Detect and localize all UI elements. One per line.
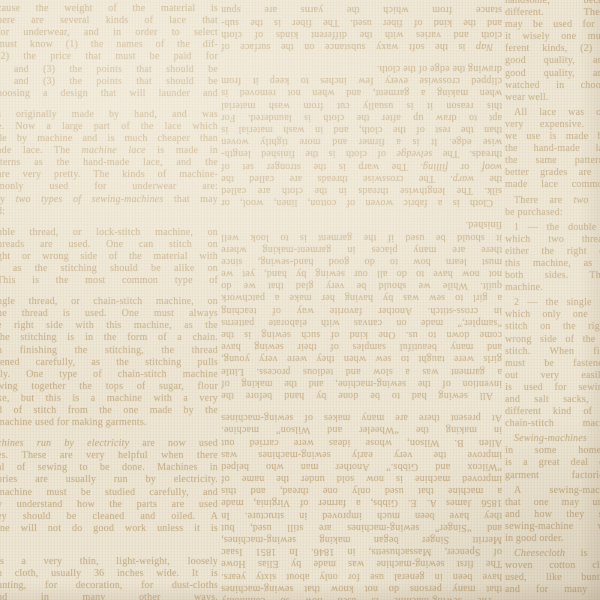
- text-line: machine.: [505, 282, 600, 294]
- paragraph-gap: [221, 401, 502, 411]
- text-line: in some homes.: [505, 445, 600, 457]
- text-line: invention of the sewing-machine, and the…: [221, 377, 502, 389]
- paragraph-gap: [0, 218, 218, 227]
- text-line: Cheesecloth is a: [505, 548, 600, 560]
- text-line: wear well.: [505, 92, 600, 104]
- text-line: “Wilcox and Gibbs.” Another man who help…: [221, 460, 502, 472]
- text-line: used, like buntin: [505, 572, 600, 584]
- text-line: Allen B. Wilson, whose ideas were carrie…: [221, 435, 502, 447]
- text-line: A sewing-machi: [505, 485, 600, 497]
- text-line: in making the “Wheeler and Wilson” machi…: [221, 423, 502, 435]
- text-line: finished.: [221, 218, 502, 230]
- text-line: Nap is the soft waxy substance on the su…: [221, 40, 502, 52]
- text-line: the same patterns: [505, 155, 600, 167]
- text-line: stitch. When fini: [505, 346, 600, 358]
- text-line: All lace was ori: [505, 107, 600, 119]
- text-line: ne thread is used. One must always: [0, 308, 218, 320]
- text-line: have been in general use for only about …: [221, 569, 502, 581]
- text-line: be purchased:: [505, 207, 600, 219]
- text-line: al of sewing to be done. Machines in: [0, 462, 218, 474]
- text-line: wise edge. It is a firmer and more tight…: [221, 135, 502, 147]
- text-line: ily. One type of chain-stitch machine: [0, 369, 218, 381]
- fabric-swatch: se of the material and the finecause the…: [0, 0, 600, 600]
- text-line: the stitching is in the form of a chain.: [0, 332, 218, 344]
- text-line: the warp. The crosswise threads are call…: [221, 172, 502, 184]
- text-line: , and (3) the points that should be: [0, 64, 218, 76]
- text-line: stance from which the yarns are spun: [221, 3, 502, 15]
- text-line: (2) the price that must be paid for: [0, 51, 218, 63]
- text-line: watched in choosi: [505, 80, 600, 92]
- text-line: ke, but this is a machine with a very: [0, 393, 218, 405]
- text-line: monly used for underwear are:: [0, 181, 218, 193]
- text-line: this reason it is usually cut from wash …: [221, 99, 502, 111]
- text-line: quilt. While we should be very glad that…: [221, 279, 502, 291]
- text-line: e right side with this machine, as the: [0, 320, 218, 332]
- text-line: is a very thin, light-weight, loosely: [0, 556, 218, 568]
- text-line: tterns as the hand-made lace, and the: [0, 157, 218, 169]
- text-line: handsome, becau: [505, 0, 600, 7]
- text-line: improve the very early sewing-machines w…: [221, 448, 502, 460]
- text-line: e. Now a large part of the lace which: [0, 121, 218, 133]
- text-line: improved machine is now sold under the n…: [221, 472, 502, 484]
- text-line: tened carefully, as the stitching pulls: [0, 357, 218, 369]
- text-line: they have been much improved in structur…: [221, 509, 502, 521]
- text-line: in cross-stitch. Another favorite way of…: [221, 304, 502, 316]
- text-line: must learn how to do good hand-sewing, s…: [221, 255, 502, 267]
- text-line: , and (3) the points that should be: [0, 76, 218, 88]
- text-line: are very pretty. The kinds of machine-: [0, 169, 218, 181]
- text-line: is a great deal of: [505, 457, 600, 469]
- text-line: and for many c: [505, 584, 600, 596]
- text-line: drawing the edge of the cloth.: [221, 62, 502, 74]
- paragraph-gap: [221, 52, 502, 62]
- text-line: a garment was a slow and tedious process…: [221, 364, 502, 376]
- text-line: ories are usually run by electricity.: [0, 474, 218, 486]
- text-line: and many beautiful samples of their sewi…: [221, 340, 502, 352]
- text-line: The sewing-machine is used now so common…: [221, 594, 502, 600]
- text-line: cloth and varies with the different kind…: [221, 28, 502, 40]
- text-line: that one may und: [505, 497, 600, 509]
- text-line: stitch on the right: [505, 321, 600, 333]
- text-line: machine must be studied carefully, and: [0, 487, 218, 499]
- text-line: a girl to sew was by having her make a p…: [221, 291, 502, 303]
- text-line: d of stitch from the one made by the: [0, 405, 218, 417]
- text-line: y understand how the parts are used: [0, 499, 218, 511]
- text-line: out very easily.: [505, 370, 600, 382]
- text-line: woof or filling. The warp is the stronge…: [221, 159, 502, 171]
- text-line: different. There: [505, 7, 600, 19]
- text-line: ly two types of sewing-machines that may: [0, 194, 218, 206]
- paragraph-gap: [221, 208, 502, 218]
- text-line: 1 — the double t: [505, 222, 600, 234]
- text-line: of Spencer, Massachusetts, in 1846. In 1…: [221, 545, 502, 557]
- text-line: garment factories: [505, 470, 600, 482]
- text-line: wing together the tops of sugar, flour: [0, 381, 218, 393]
- text-line: in good order.: [505, 533, 600, 545]
- text-line: clipped crosswise every few inches to ke…: [221, 74, 502, 86]
- text-line: This is the most common type of: [0, 275, 218, 287]
- text-line: we use is made by: [505, 131, 600, 143]
- text-line: both sides. This: [505, 270, 600, 282]
- text-line: n finishing the stitching, the thread: [0, 345, 218, 357]
- text-line: it should be used if the garment is to l…: [221, 230, 502, 242]
- text-line: good quality, and: [505, 55, 600, 67]
- text-line: nd in many other ways.: [0, 592, 218, 600]
- text-line: Merritt Singer began making sewing-machi…: [221, 533, 502, 545]
- text-line: there are many places in garment-making …: [221, 243, 502, 255]
- text-line: sewing-machine wi: [505, 521, 600, 533]
- text-line: which two thread: [505, 234, 600, 246]
- text-line: hreads are used. One can stitch on: [0, 239, 218, 251]
- text-column-middle-rotated: The sewing-machine is used now so common…: [221, 0, 502, 600]
- text-line: for underwear, and in order to select: [0, 27, 218, 39]
- text-line: must know (1) the names of the dif-: [0, 39, 218, 51]
- text-line: woven cotton clot: [505, 560, 600, 572]
- text-line: s originally made by hand, and was: [0, 109, 218, 121]
- text-line: girls were taught to sew when they were …: [221, 352, 502, 364]
- text-line: At present there are many makes of sewin…: [221, 411, 502, 423]
- text-line: and salt sacks, b: [505, 394, 600, 406]
- text-line: and the kind of fiber used. The fiber is…: [221, 15, 502, 27]
- text-line: a machine that used only one thread, and…: [221, 484, 502, 496]
- text-line: , as the stitching should be alike on: [0, 263, 218, 275]
- text-line: cause the weight of the material is: [0, 3, 218, 15]
- text-line: may be used for t: [505, 19, 600, 31]
- text-line: n cloth, usually 36 inches wide. It is: [0, 568, 218, 580]
- text-line: machine used for making garments.: [0, 417, 218, 429]
- text-line: better grades are v: [505, 167, 600, 179]
- text-line: apt to draw up after the cloth is launde…: [221, 111, 502, 123]
- text-line: silk. The lengthwise threads in the clot…: [221, 184, 502, 196]
- text-line: de by machine and is much cheaper than: [0, 133, 218, 145]
- paragraph-gap: [0, 100, 218, 109]
- text-line: The first sewing-machine was made by Eli…: [221, 557, 502, 569]
- text-line: not now have to do all our sewing by han…: [221, 267, 502, 279]
- paragraph-gap: [0, 547, 218, 556]
- text-line: different kind of s: [505, 406, 600, 418]
- paragraph-gap: [0, 287, 218, 296]
- text-line: is used for sewing: [505, 382, 600, 394]
- text-line: All sewing had to be done by hand before…: [221, 389, 502, 401]
- text-line: must be fastened: [505, 358, 600, 370]
- text-line: good quality, and: [505, 68, 600, 80]
- text-line: There are two ki: [505, 195, 600, 207]
- text-line: Sewing-machines: [505, 433, 600, 445]
- text-line: Cloth is a fabric woven of cotton, linen…: [221, 196, 502, 208]
- text-line: chain-stitch machi: [505, 418, 600, 430]
- text-line: when making a garment, and when not remo…: [221, 86, 502, 98]
- text-line: “sampler,” made on canvas with elaborate…: [221, 316, 502, 328]
- text-line: .: [0, 535, 218, 547]
- text-line: this machine, as t: [505, 258, 600, 270]
- paragraph-gap: [0, 429, 218, 438]
- text-line: either the right or: [505, 246, 600, 258]
- text-line: it wisely one must: [505, 31, 600, 43]
- text-line: than the rest of the cloth, and in wash …: [221, 123, 502, 135]
- text-line: ngle thread, or chain-stitch machine, on: [0, 296, 218, 308]
- text-line: d:: [0, 206, 218, 218]
- text-line: uble thread, or lock-stitch machine, on: [0, 227, 218, 239]
- text-line: ey should be cleaned and oiled. A: [0, 511, 218, 523]
- text-line: ght or wrong side of the material with: [0, 251, 218, 263]
- text-line: unting, for decoration, for dust-cloths: [0, 580, 218, 592]
- text-line: and “Singer” sewing-machines are still u…: [221, 521, 502, 533]
- text-line: threads. The selvedge of cloth is the fi…: [221, 147, 502, 159]
- text-line: the hand-made lac: [505, 143, 600, 155]
- text-column-right: handsome, becaudifferent. Theremay be us…: [505, 0, 600, 597]
- text-line: ade lace. The machine lace is made in: [0, 145, 218, 157]
- text-line: that many persons do not know that sewin…: [221, 582, 502, 594]
- text-line: 1856 James A. E. Gibbs, a farmer of Virg…: [221, 496, 502, 508]
- text-column-left: se of the material and the finecause the…: [0, 0, 218, 600]
- text-line: here are several kinds of lace that: [0, 15, 218, 27]
- text-line: hoosing a design that will launder and: [0, 88, 218, 100]
- text-line: wrong side of the s: [505, 334, 600, 346]
- text-line: which only one th: [505, 309, 600, 321]
- text-line: chines run by electricity are now used: [0, 438, 218, 450]
- text-line: ferent kinds, (2) t: [505, 43, 600, 55]
- text-line: es. These are very helpful when there: [0, 450, 218, 462]
- text-line: come down to us. One kind of such sewing…: [221, 328, 502, 340]
- text-line: and how they sh: [505, 509, 600, 521]
- text-line: very expensive. N: [505, 119, 600, 131]
- text-line: ine will not do good work unless it is: [0, 523, 218, 535]
- text-line: 2 — the single th: [505, 297, 600, 309]
- text-line: made lace common: [505, 179, 600, 191]
